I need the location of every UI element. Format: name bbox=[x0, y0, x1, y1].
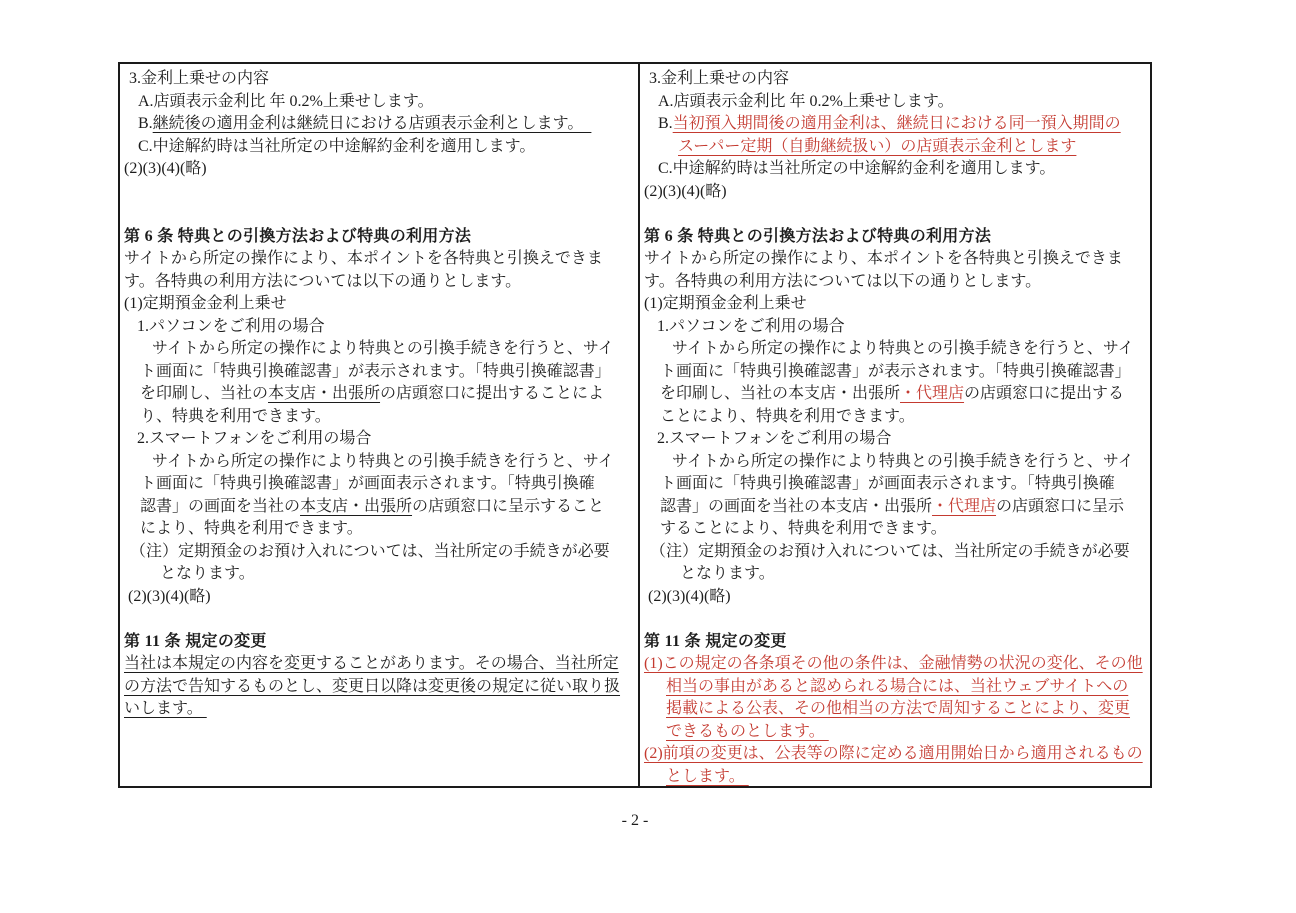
text-segment: ことにより、特典を利用できます。 bbox=[660, 408, 915, 425]
doc-line bbox=[120, 743, 638, 766]
text-segment: (2)(3)(4)(略) bbox=[644, 183, 727, 200]
doc-line: ことにより、特典を利用できます。 bbox=[640, 406, 1150, 429]
text-segment: 第 6 条 特典との引換方法および特典の利用方法 bbox=[644, 228, 991, 245]
text-segment: ト画面に「特典引換確認書」が画面表示されます。「特典引換確 bbox=[660, 475, 1115, 492]
text-segment: 認書」の画面を当社の bbox=[140, 498, 300, 515]
doc-line: サイトから所定の操作により、本ポイントを各特典と引換えできま bbox=[120, 248, 638, 271]
doc-line: (2)(3)(4)(略) bbox=[640, 181, 1150, 204]
doc-line: により、特典を利用できます。 bbox=[120, 518, 638, 541]
text-segment: (2)(3)(4)(略) bbox=[128, 588, 211, 605]
doc-line: サイトから所定の操作により特典との引換手続きを行うと、サイ bbox=[640, 451, 1150, 474]
page-number: - 2 - bbox=[118, 812, 1152, 830]
text-segment: す。各特典の利用方法については以下の通りとします。 bbox=[124, 273, 521, 290]
doc-line: できるものとします。 bbox=[640, 721, 1150, 744]
doc-line: ト画面に「特典引換確認書」が表示されます。「特典引換確認書」 bbox=[120, 361, 638, 384]
text-segment: C.中途解約時は当社所定の中途解約金利を適用します。 bbox=[138, 138, 535, 155]
column-old-version: 3.金利上乗せの内容A.店頭表示金利比 年 0.2%上乗せします。B.継続後の適… bbox=[120, 64, 640, 786]
text-segment: 2.スマートフォンをご利用の場合 bbox=[137, 430, 371, 447]
document-page: 3.金利上乗せの内容A.店頭表示金利比 年 0.2%上乗せします。B.継続後の適… bbox=[0, 0, 1296, 913]
doc-line: ト画面に「特典引換確認書」が画面表示されます。「特典引換確 bbox=[640, 473, 1150, 496]
doc-line: ト画面に「特典引換確認書」が表示されます。「特典引換確認書」 bbox=[640, 361, 1150, 384]
text-segment: サイトから所定の操作により特典との引換手続きを行うと、サイ bbox=[152, 453, 614, 470]
doc-line: となります。 bbox=[640, 563, 1150, 586]
text-segment: 2.スマートフォンをご利用の場合 bbox=[657, 430, 891, 447]
revised-text-segment: 相当の事由があると認められる場合には、当社ウェブサイトへの bbox=[666, 678, 1128, 695]
revision-comparison-table: 3.金利上乗せの内容A.店頭表示金利比 年 0.2%上乗せします。B.継続後の適… bbox=[118, 62, 1152, 788]
doc-line: 1.パソコンをご利用の場合 bbox=[640, 316, 1150, 339]
text-segment: 3.金利上乗せの内容 bbox=[129, 70, 269, 87]
doc-line: A.店頭表示金利比 年 0.2%上乗せします。 bbox=[640, 91, 1150, 114]
revised-text-segment: ・代理店 bbox=[932, 498, 996, 515]
doc-line: することにより、特典を利用できます。 bbox=[640, 518, 1150, 541]
text-segment: C.中途解約時は当社所定の中途解約金利を適用します。 bbox=[658, 160, 1055, 177]
doc-line: サイトから所定の操作により特典との引換手続きを行うと、サイ bbox=[120, 451, 638, 474]
doc-line: 1.パソコンをご利用の場合 bbox=[120, 316, 638, 339]
text-segment: の店頭窓口に呈示 bbox=[996, 498, 1124, 515]
text-segment: となります。 bbox=[160, 565, 255, 582]
revised-text-segment: ・代理店 bbox=[900, 385, 964, 402]
text-segment: (2)(3)(4)(略) bbox=[124, 160, 207, 177]
text-segment: により、特典を利用できます。 bbox=[140, 520, 363, 537]
doc-line: 相当の事由があると認められる場合には、当社ウェブサイトへの bbox=[640, 676, 1150, 699]
text-segment: することにより、特典を利用できます。 bbox=[660, 520, 947, 537]
doc-line: (1)定期預金金利上乗せ bbox=[640, 293, 1150, 316]
doc-line bbox=[640, 203, 1150, 226]
doc-line: B.当初預入期間後の適用金利は、継続日における同一預入期間の bbox=[640, 113, 1150, 136]
text-segment: （注）定期預金のお預け入れについては、当社所定の手続きが必要 bbox=[650, 543, 1130, 560]
text-segment: 1.パソコンをご利用の場合 bbox=[657, 318, 845, 335]
revised-text-segment: 掲載による公表、その他相当の方法で周知することにより、変更 bbox=[666, 700, 1130, 717]
doc-line: スーパー定期（自動継続扱い）の店頭表示金利とします bbox=[640, 136, 1150, 159]
text-segment: り、特典を利用できます。 bbox=[140, 408, 331, 425]
doc-line: 認書」の画面を当社の本支店・出張所の店頭窓口に呈示すること bbox=[120, 496, 638, 519]
doc-line: 掲載による公表、その他相当の方法で周知することにより、変更 bbox=[640, 698, 1150, 721]
text-segment: 本支店・出張所 bbox=[268, 385, 380, 402]
text-segment: (1)定期預金金利上乗せ bbox=[124, 295, 287, 312]
doc-line: いします。 bbox=[120, 698, 638, 721]
doc-line: 当社は本規定の内容を変更することがあります。その場合、当社所定 bbox=[120, 653, 638, 676]
doc-line: （注）定期預金のお預け入れについては、当社所定の手続きが必要 bbox=[640, 541, 1150, 564]
text-segment: サイトから所定の操作により特典との引換手続きを行うと、サイ bbox=[672, 453, 1134, 470]
doc-line: 認書」の画面を当社の本支店・出張所・代理店の店頭窓口に呈示 bbox=[640, 496, 1150, 519]
text-segment: の店頭窓口に提出することによ bbox=[380, 385, 604, 402]
text-segment: A.店頭表示金利比 年 0.2%上乗せします。 bbox=[658, 93, 954, 110]
text-segment: B. bbox=[658, 115, 673, 132]
doc-line bbox=[120, 203, 638, 226]
text-segment: サイトから所定の操作により特典との引換手続きを行うと、サイ bbox=[672, 340, 1134, 357]
doc-line: 第 11 条 規定の変更 bbox=[120, 631, 638, 654]
doc-line: 3.金利上乗せの内容 bbox=[640, 68, 1150, 91]
doc-line bbox=[120, 766, 638, 787]
doc-line: 2.スマートフォンをご利用の場合 bbox=[640, 428, 1150, 451]
text-segment: B. bbox=[138, 115, 153, 132]
text-segment: 本支店・出張所 bbox=[300, 498, 412, 515]
doc-line: 2.スマートフォンをご利用の場合 bbox=[120, 428, 638, 451]
doc-line: ト画面に「特典引換確認書」が画面表示されます。「特典引換確 bbox=[120, 473, 638, 496]
text-segment: す。各特典の利用方法については以下の通りとします。 bbox=[644, 273, 1041, 290]
text-segment: 第 11 条 規定の変更 bbox=[124, 633, 267, 650]
text-segment: の店頭窓口に呈示すること bbox=[412, 498, 604, 515]
doc-line: (2)(3)(4)(略) bbox=[120, 586, 638, 609]
revised-text-segment: (2)前項の変更は、公表等の際に定める適用開始日から適用されるもの bbox=[644, 745, 1143, 762]
doc-line: となります。 bbox=[120, 563, 638, 586]
text-segment: 第 11 条 規定の変更 bbox=[644, 633, 787, 650]
revised-text-segment: スーパー定期（自動継続扱い）の店頭表示金利とします bbox=[678, 138, 1076, 155]
doc-line: (2)(3)(4)(略) bbox=[640, 586, 1150, 609]
doc-line: C.中途解約時は当社所定の中途解約金利を適用します。 bbox=[120, 136, 638, 159]
text-segment: となります。 bbox=[680, 565, 775, 582]
doc-line bbox=[120, 608, 638, 631]
doc-line: す。各特典の利用方法については以下の通りとします。 bbox=[120, 271, 638, 294]
revised-text-segment: (1)この規定の各条項その他の条件は、金融情勢の状況の変化、その他 bbox=[644, 655, 1143, 672]
text-segment: A.店頭表示金利比 年 0.2%上乗せします。 bbox=[138, 93, 434, 110]
doc-line: サイトから所定の操作により特典との引換手続きを行うと、サイ bbox=[120, 338, 638, 361]
doc-line: （注）定期預金のお預け入れについては、当社所定の手続きが必要 bbox=[120, 541, 638, 564]
doc-line: 第 6 条 特典との引換方法および特典の利用方法 bbox=[640, 226, 1150, 249]
column-new-version: 3.金利上乗せの内容A.店頭表示金利比 年 0.2%上乗せします。B.当初預入期… bbox=[640, 64, 1150, 786]
text-segment: (1)定期預金金利上乗せ bbox=[644, 295, 807, 312]
doc-line: (2)(3)(4)(略) bbox=[120, 158, 638, 181]
text-segment: の店頭窓口に提出する bbox=[964, 385, 1124, 402]
text-segment: サイトから所定の操作により、本ポイントを各特典と引換えできま bbox=[124, 250, 603, 267]
doc-line: (2)前項の変更は、公表等の際に定める適用開始日から適用されるもの bbox=[640, 743, 1150, 766]
doc-line: C.中途解約時は当社所定の中途解約金利を適用します。 bbox=[640, 158, 1150, 181]
text-segment: ト画面に「特典引換確認書」が表示されます。「特典引換確認書」 bbox=[660, 363, 1131, 380]
text-segment: サイトから所定の操作により、本ポイントを各特典と引換えできま bbox=[644, 250, 1123, 267]
doc-line: B.継続後の適用金利は継続日における店頭表示金利とします。 bbox=[120, 113, 638, 136]
doc-line: を印刷し、当社の本支店・出張所の店頭窓口に提出することによ bbox=[120, 383, 638, 406]
text-segment: 当社は本規定の内容を変更することがあります。その場合、当社所定 bbox=[124, 655, 619, 672]
doc-line: A.店頭表示金利比 年 0.2%上乗せします。 bbox=[120, 91, 638, 114]
doc-line: サイトから所定の操作により特典との引換手続きを行うと、サイ bbox=[640, 338, 1150, 361]
text-segment: 1.パソコンをご利用の場合 bbox=[137, 318, 325, 335]
revised-text-segment: 当初預入期間後の適用金利は、継続日における同一預入期間の bbox=[673, 115, 1121, 132]
doc-line: を印刷し、当社の本支店・出張所・代理店の店頭窓口に提出する bbox=[640, 383, 1150, 406]
revised-text-segment: できるものとします。 bbox=[666, 723, 829, 740]
text-segment: ト画面に「特典引換確認書」が画面表示されます。「特典引換確 bbox=[140, 475, 595, 492]
text-segment: 第 6 条 特典との引換方法および特典の利用方法 bbox=[124, 228, 471, 245]
doc-line: す。各特典の利用方法については以下の通りとします。 bbox=[640, 271, 1150, 294]
doc-line: 第 11 条 規定の変更 bbox=[640, 631, 1150, 654]
text-segment: ト画面に「特典引換確認書」が表示されます。「特典引換確認書」 bbox=[140, 363, 611, 380]
doc-line: 3.金利上乗せの内容 bbox=[120, 68, 638, 91]
doc-line bbox=[120, 181, 638, 204]
text-segment: 認書」の画面を当社の本支店・出張所 bbox=[660, 498, 932, 515]
text-segment: 継続後の適用金利は継続日における店頭表示金利とします。 bbox=[153, 115, 592, 132]
text-segment: (2)(3)(4)(略) bbox=[648, 588, 731, 605]
doc-line: り、特典を利用できます。 bbox=[120, 406, 638, 429]
text-segment: 3.金利上乗せの内容 bbox=[649, 70, 789, 87]
doc-line: サイトから所定の操作により、本ポイントを各特典と引換えできま bbox=[640, 248, 1150, 271]
revised-text-segment: とします。 bbox=[666, 768, 749, 785]
text-segment: を印刷し、当社の bbox=[140, 385, 268, 402]
doc-line: 第 6 条 特典との引換方法および特典の利用方法 bbox=[120, 226, 638, 249]
text-segment: サイトから所定の操作により特典との引換手続きを行うと、サイ bbox=[152, 340, 614, 357]
doc-line: (1)この規定の各条項その他の条件は、金融情勢の状況の変化、その他 bbox=[640, 653, 1150, 676]
doc-line: とします。 bbox=[640, 766, 1150, 787]
text-segment: いします。 bbox=[124, 700, 207, 717]
doc-line bbox=[640, 608, 1150, 631]
doc-line: (1)定期預金金利上乗せ bbox=[120, 293, 638, 316]
text-segment: を印刷し、当社の本支店・出張所 bbox=[660, 385, 900, 402]
doc-line bbox=[120, 721, 638, 744]
text-segment: （注）定期預金のお預け入れについては、当社所定の手続きが必要 bbox=[130, 543, 610, 560]
text-segment: の方法で告知するものとし、変更日以降は変更後の規定に従い取り扱 bbox=[124, 678, 620, 695]
doc-line: の方法で告知するものとし、変更日以降は変更後の規定に従い取り扱 bbox=[120, 676, 638, 699]
